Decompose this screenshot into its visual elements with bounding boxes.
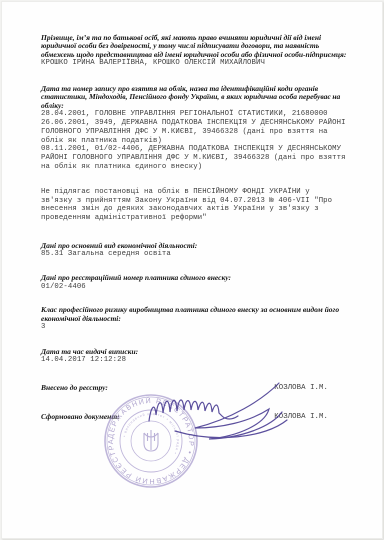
pension-fund-note: Не підлягає постановці на облік в ПЕНСІЙ…: [41, 188, 341, 223]
signers-label: Прізвище, ім’я та по батькові осіб, які …: [41, 34, 350, 59]
registration-entry: 08.11.2001, 01/02-4406, ДЕРЖАВНА ПОДАТКО…: [41, 145, 350, 171]
registration-label: Дата та номер запису про взяття на облік…: [41, 85, 350, 110]
section-payer-number: Дані про реєстраційний номер платника єд…: [41, 274, 350, 291]
section-risk-class: Клас професійного ризику виробництва пла…: [41, 306, 350, 332]
risk-class-value: 3: [41, 323, 350, 332]
registration-entry: 28.04.2001, ГОЛОВНЕ УПРАВЛІННЯ РЕГІОНАЛЬ…: [41, 110, 350, 119]
activity-value: 85.31 Загальна середня освіта: [41, 250, 350, 259]
section-registration: Дата та номер запису про взяття на облік…: [41, 85, 350, 172]
section-signers: Прізвище, ім’я та по батькові осіб, які …: [41, 34, 350, 68]
issue-datetime-value: 14.04.2017 12:12:28: [41, 356, 350, 365]
registration-entry: 26.06.2001, 3949, ДЕРЖАВНА ПОДАТКОВА ІНС…: [41, 119, 350, 145]
signature-icon: [119, 377, 309, 449]
issue-datetime-label: Дата та час видачі виписки:: [41, 348, 350, 356]
document-page: Прізвище, ім’я та по батькові осіб, які …: [1, 1, 383, 539]
section-issue-datetime: Дата та час видачі виписки: 14.04.2017 1…: [41, 348, 350, 365]
payer-number-label: Дані про реєстраційний номер платника єд…: [41, 274, 350, 282]
signers-value: КРОШКО ІРИНА ВАЛЕРІЇВНА, КРОШКО ОЛЕКСІЙ …: [41, 59, 350, 68]
section-economic-activity: Дані про основний вид економічної діяльн…: [41, 242, 350, 259]
payer-number-value: 01/02-4406: [41, 283, 350, 292]
risk-class-label: Клас професійного ризику виробництва пла…: [41, 306, 350, 323]
